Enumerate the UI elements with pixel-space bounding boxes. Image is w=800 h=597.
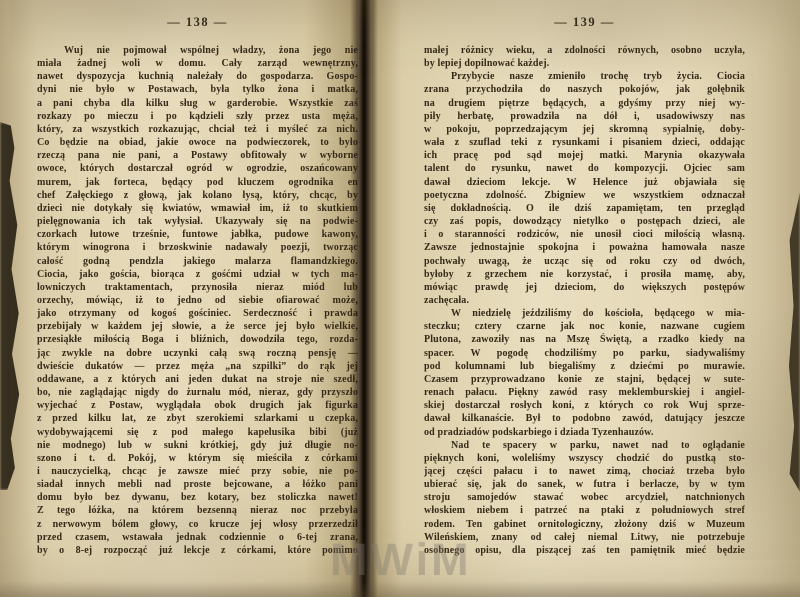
- text-line: lowniczych traktamentach, przynosiła nie…: [37, 281, 358, 294]
- text-line: oddawane, a z których ani jeden dukat na…: [37, 373, 358, 386]
- text-line: steczku; cztery czarne jak noc konie, na…: [424, 320, 745, 333]
- text-line: byłoby z grzechem nie korzystać, i prosi…: [424, 268, 745, 281]
- text-line: rozkazy po mieczu i po kądzieli szły prz…: [37, 110, 358, 123]
- text-line: i nauczycielką, chcąc je zawsze mieć prz…: [37, 465, 358, 478]
- text-line: Wileńskiem, znany od całej niemal Litwy,…: [424, 531, 745, 544]
- page-139-text: małej różnicy wieku, a zdolności równych…: [424, 44, 745, 557]
- text-line: dwieście dukatów — przez męża „na szpilk…: [37, 360, 358, 373]
- text-line: na drugiem piętrze będących, a gdyśmy pr…: [424, 97, 745, 110]
- text-line: mówiąc prawdę jej dzieciom, do większych…: [424, 281, 745, 294]
- page-number-139: — 139 —: [424, 15, 745, 30]
- text-line: z nerwowym bólem głowy, co krucze jej wł…: [37, 518, 358, 531]
- text-line: dzieci nie dotykały się kwiatów, wmawiał…: [37, 202, 358, 215]
- text-line: wała z szuflad teki z rysunkami i pisani…: [424, 136, 745, 149]
- text-line: spacer. W pogodę chodziliśmy po parku, s…: [424, 347, 745, 360]
- text-line: poetyczna zdolność. Zbigniew we wszystki…: [424, 189, 745, 202]
- text-line: czorkach łutowe trześnie, funtowe jabłka…: [37, 228, 358, 241]
- book-scan: — 138 — — 139 — Wuj nie pojmował wspólne…: [0, 0, 800, 597]
- text-line: rzeczą pana nie pani, a Postawy obfitowa…: [37, 149, 358, 162]
- text-line: małej różnicy wieku, a zdolności równych…: [424, 44, 745, 57]
- text-line: a pani chyba dla kilku sług w garderobie…: [37, 97, 358, 110]
- text-line: dawał dzieciom lekcje. W Helence już obj…: [424, 176, 745, 189]
- text-line: którym winogrona i brzoskwinie nadawały …: [37, 241, 358, 254]
- text-line: Ciocia, jako gościa, biorąca z gośćmi ud…: [37, 268, 358, 281]
- text-line: jąc zwykle na dobre uczynki całą swą roc…: [37, 347, 358, 360]
- text-line: wyjechać z Postaw, wyglądała obok drugic…: [37, 399, 358, 412]
- text-line: ubierać się, jak do sanek, w futra i ber…: [424, 478, 745, 491]
- text-line: i o staranności rodziców, nie unosił cio…: [424, 228, 745, 241]
- text-line: skiej dostarczał rosłych koni, z których…: [424, 399, 745, 412]
- text-line: by o 8-ej rozpocząć już lekcje z córkami…: [37, 544, 358, 557]
- text-line: pod kolumnami lub biegaliśmy z dziećmi p…: [424, 360, 745, 373]
- text-line: przesiąkłe miłością Boga i bliźnich, dow…: [37, 333, 358, 346]
- text-line: talent do rysunku, nawet do kompozycji. …: [424, 162, 745, 175]
- text-line: osobnego opisu, dla piszącej zaś ten pam…: [424, 544, 745, 557]
- watermark: MWiM: [330, 534, 472, 586]
- text-line: rodem. Ten gabinet ornitologiczny, złożo…: [424, 518, 745, 531]
- text-line: całość godną pendzla jakiego malarza fla…: [37, 255, 358, 268]
- text-line: Z tego łóżka, na którem bezsenną nieraz …: [37, 504, 358, 517]
- text-line: Zawsze jednostajnie spokojna i poważna h…: [424, 241, 745, 254]
- text-line: Wuj nie pojmował wspólnej władzy, żona j…: [37, 44, 358, 57]
- text-line: orzechy, mówiąc, iż to jedno od siebie o…: [37, 294, 358, 307]
- text-line: dawał kilkanaście. Był to podobno zawód,…: [424, 412, 745, 425]
- text-line: wydobywającemi się z pod małego kapelusi…: [37, 426, 358, 439]
- text-line: Czasem przyprowadzano konie ze stajni, b…: [424, 373, 745, 386]
- text-line: pochwały uwagą, że ucząc się od roku czy…: [424, 255, 745, 268]
- text-line: Przybycie nasze zmieniło trochę tryb życ…: [424, 70, 745, 83]
- text-line: przed czasem, wstawała jednak codziennie…: [37, 531, 358, 544]
- text-line: ich pracę pod sąd mojej matki. Marynia o…: [424, 149, 745, 162]
- text-line: czy zaś popis, dowodzący nietylko o post…: [424, 215, 745, 228]
- text-line: renach pałacu. Piękny zawód rasy meklemb…: [424, 386, 745, 399]
- text-line: dyni nie było w Postawach, była tylko żo…: [37, 83, 358, 96]
- text-line: owoce, których dostarczał ogród w ogrodz…: [37, 162, 358, 175]
- text-line: z przed kilku lat, ze zbyt szerokiemi sz…: [37, 412, 358, 425]
- text-line: pielęgnowania ich tak wyłysiał. Ukazywał…: [37, 215, 358, 228]
- text-line: Plutona, zawoziły nas na Mszę Świętą, a …: [424, 333, 745, 346]
- text-line: W niedzielę jeździliśmy do kościoła, będ…: [424, 307, 745, 320]
- text-line: murem, jak forteca, będący pod kluczem o…: [37, 176, 358, 189]
- text-line: się dokładnością. O ile dziś zapamiętam,…: [424, 202, 745, 215]
- text-line: szono i t. d. Pokój, w którym się mieści…: [37, 452, 358, 465]
- text-line: od pradziadów podskarbiego i dziada Tyze…: [424, 426, 745, 439]
- text-line: Co będzie na obiad, jakie owoce na podwi…: [37, 136, 358, 149]
- text-line: miała żadnej woli w domu. Cały zarząd we…: [37, 57, 358, 70]
- text-line: włoskiem niebem i patrzeć na ptaki z poł…: [424, 504, 745, 517]
- text-line: stroju samojedów stawać wobec arcydzieł,…: [424, 491, 745, 504]
- text-line: bo, nie zaglądając nigdy do żurnalu mód,…: [37, 386, 358, 399]
- text-line: pięknych koni, woleliśmy wszyscy chodzić…: [424, 452, 745, 465]
- page-number-138: — 138 —: [37, 15, 358, 30]
- page-138-text: Wuj nie pojmował wspólnej władzy, żona j…: [37, 44, 358, 557]
- text-line: jącej części pałacu i to nawet zimą, cho…: [424, 465, 745, 478]
- text-line: Nad te spacery w parku, nawet nad to ogl…: [424, 439, 745, 452]
- text-line: domu było bez dywanu, bez kotary, bez st…: [37, 491, 358, 504]
- text-line: w pokoju, poprzedzającym jej skromną syp…: [424, 123, 745, 136]
- book-gutter-shadow: [350, 0, 378, 597]
- text-line: który, za wszystkich rozkazując, chciał …: [37, 123, 358, 136]
- text-line: chef Załęckiego z głową, jak kolano łysą…: [37, 189, 358, 202]
- text-line: przebijały w każdem jej słowie, a że ser…: [37, 320, 358, 333]
- text-line: by lepiej dopilnować każdej.: [424, 57, 745, 70]
- text-line: nawet dyspozycja kuchnią należały do gos…: [37, 70, 358, 83]
- text-line: nie modnego) lub w sukni krótkiej, gdy j…: [37, 439, 358, 452]
- text-line: zrana przychodziła do naszych pokojów, j…: [424, 83, 745, 96]
- text-line: jako otrzymany od kogoś gościniec. Serde…: [37, 307, 358, 320]
- text-line: zachęcała.: [424, 294, 745, 307]
- text-line: piły herbatę, prowadziła na dół i, usado…: [424, 110, 745, 123]
- text-line: siadał innych mebli nad proste bejcowane…: [37, 478, 358, 491]
